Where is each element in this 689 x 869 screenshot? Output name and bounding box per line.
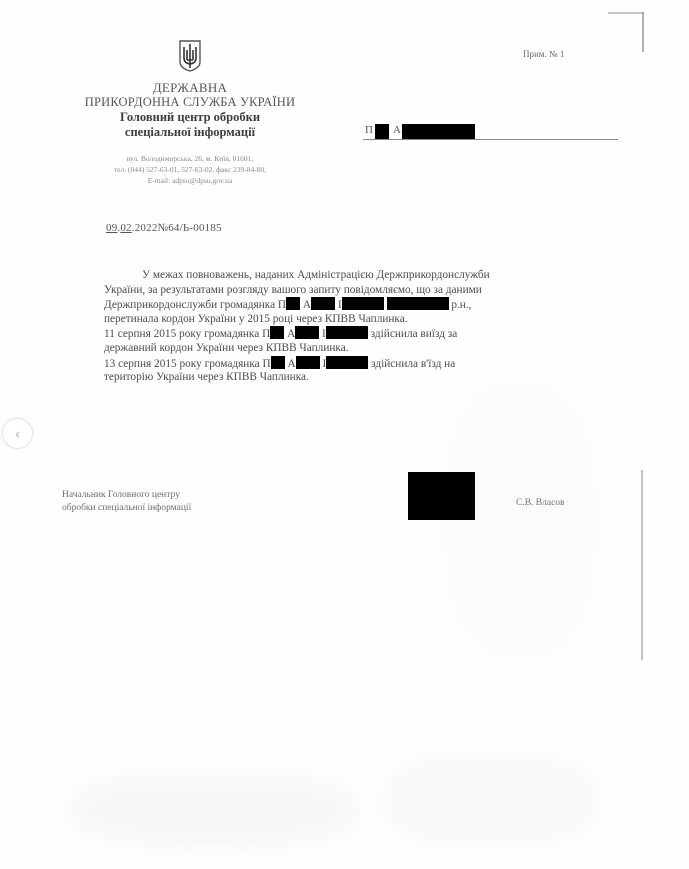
signatory-name: С.В. Власов bbox=[516, 498, 565, 508]
redaction-box bbox=[296, 356, 320, 369]
letterhead-department-1: Головний центр обробки bbox=[70, 110, 310, 125]
paper-edge-line bbox=[642, 12, 644, 52]
letterhead-department-2: спеціальної інформації bbox=[70, 125, 310, 140]
letterhead-address: вул. Володимирська, 26, м. Київ, 01601, … bbox=[70, 153, 310, 186]
letterhead-line-2: ПРИКОРДОННА СЛУЖБА УКРАЇНИ bbox=[70, 95, 310, 110]
scan-noise bbox=[440, 380, 600, 660]
redaction-box bbox=[326, 326, 368, 339]
recipient-initial-2: А bbox=[393, 124, 401, 136]
recipient-underline bbox=[363, 139, 618, 140]
recipient-initial-1: П bbox=[365, 124, 373, 136]
body-line: державний кордон України через КПВВ Чапл… bbox=[104, 341, 614, 356]
letterhead: ДЕРЖАВНА ПРИКОРДОННА СЛУЖБА УКРАЇНИ Голо… bbox=[70, 80, 310, 140]
redaction-box bbox=[387, 297, 449, 310]
trident-coat-of-arms-icon bbox=[179, 40, 201, 72]
body-line: Держприкордонслужби громадянка П А І р.н… bbox=[104, 297, 614, 312]
letter-body: У межах повноважень, наданих Адміністрац… bbox=[104, 268, 614, 385]
scan-noise bbox=[380, 750, 600, 850]
redaction-box bbox=[342, 297, 384, 310]
paper-edge-line bbox=[608, 12, 644, 14]
body-line: України, за результатами розгляду вашого… bbox=[104, 283, 614, 298]
signatory-title: Начальник Головного центру обробки спеці… bbox=[62, 489, 191, 514]
redaction-box bbox=[402, 124, 475, 139]
redaction-box bbox=[326, 356, 368, 369]
body-line: 11 серпня 2015 року громадянка П А І зді… bbox=[104, 326, 614, 341]
scan-noise bbox=[70, 770, 360, 850]
recipient-line: П А bbox=[363, 124, 618, 140]
redaction-box bbox=[286, 297, 300, 310]
paper-edge-line bbox=[641, 470, 643, 660]
signature-redaction-box bbox=[408, 472, 475, 520]
redaction-box bbox=[270, 326, 284, 339]
body-line: У межах повноважень, наданих Адміністрац… bbox=[104, 268, 614, 283]
redaction-box bbox=[375, 124, 389, 139]
redaction-box bbox=[311, 297, 335, 310]
document-number: 09.02.2022№64/Ь-00185 bbox=[106, 222, 222, 234]
body-line: територію України через КПВВ Чаплинка. bbox=[104, 370, 614, 385]
previous-slide-button[interactable]: ‹ bbox=[2, 418, 33, 449]
body-line: 13 серпня 2015 року громадянка П А І зді… bbox=[104, 356, 614, 371]
body-line: перетинала кордон України у 2015 році че… bbox=[104, 312, 614, 327]
redaction-box bbox=[295, 326, 319, 339]
letterhead-line-1: ДЕРЖАВНА bbox=[70, 80, 310, 95]
annex-label: Прим. № 1 bbox=[523, 49, 564, 59]
redaction-box bbox=[271, 356, 285, 369]
chevron-left-icon: ‹ bbox=[15, 425, 21, 443]
scanned-document-page: ‹ ДЕРЖАВНА ПРИКОРДОННА СЛУЖБА УКРАЇНИ Го… bbox=[0, 0, 689, 869]
